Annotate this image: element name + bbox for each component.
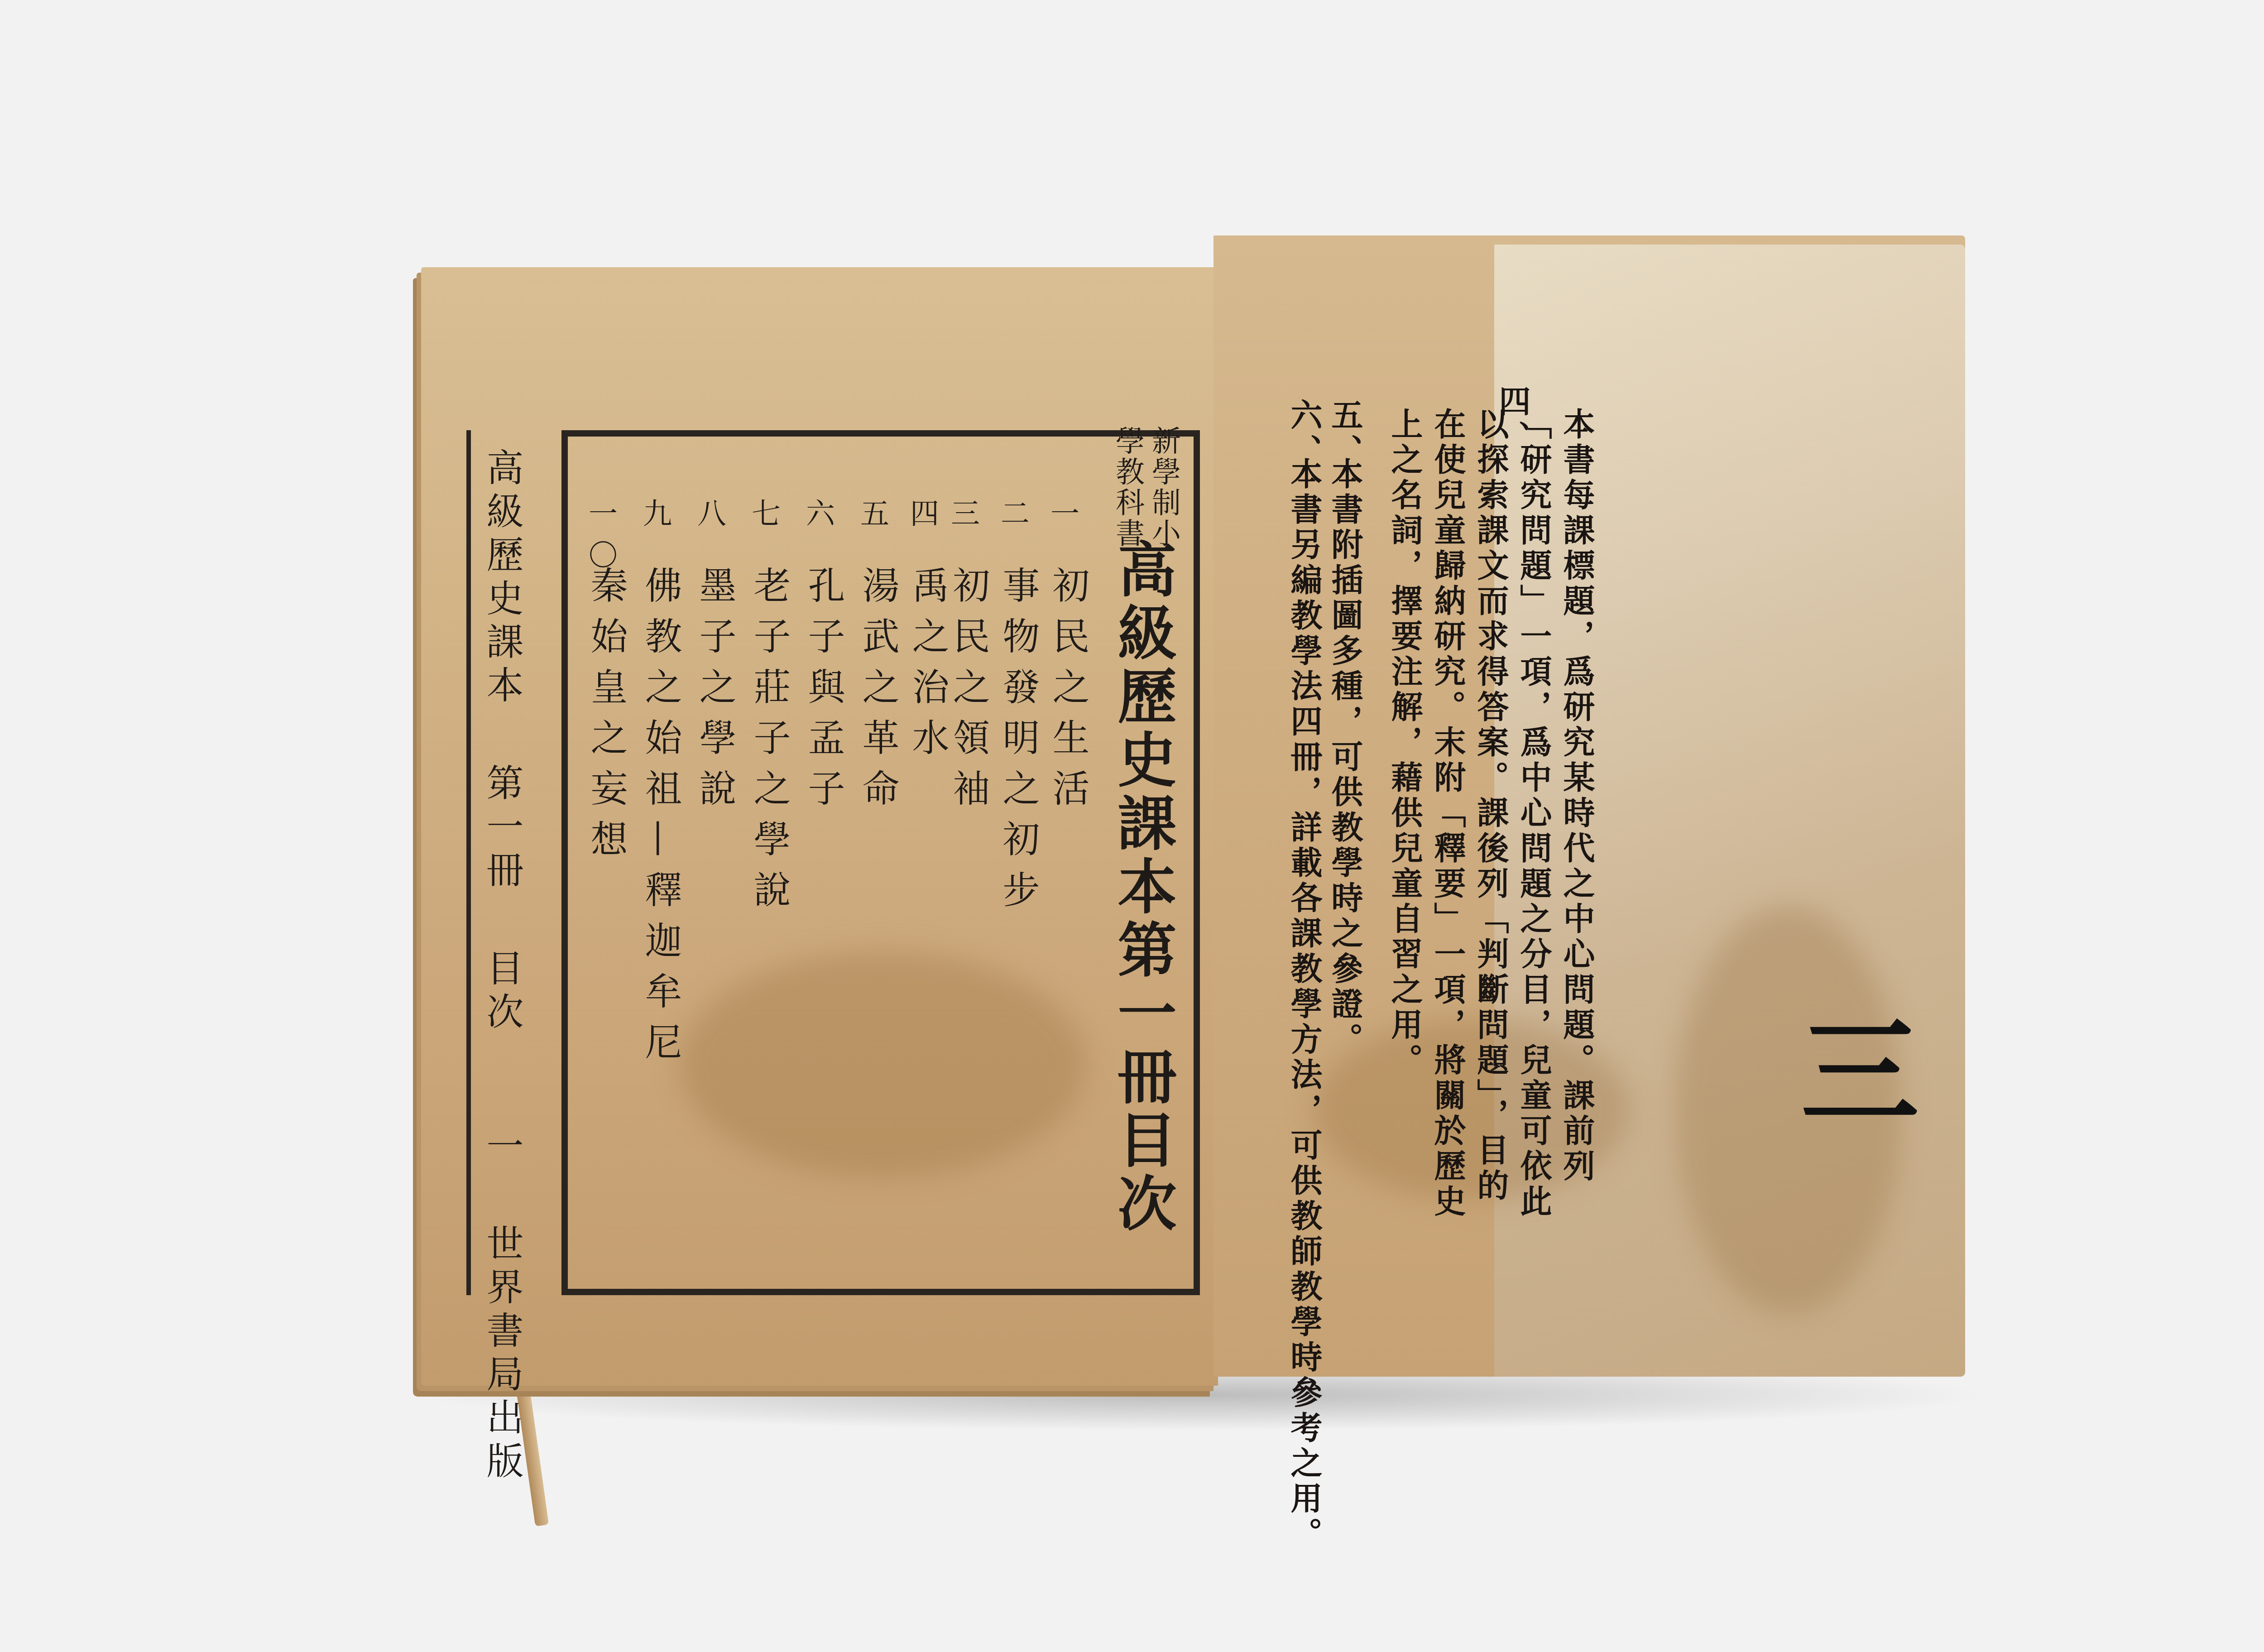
- margin-section: 目次: [480, 948, 523, 1035]
- page-title: 高級歷史課本第一冊目次: [1100, 539, 1185, 1236]
- entry-title: 佛教之始祖—釋迦牟尼: [634, 566, 687, 1073]
- margin-book-title: 高級歷史課本: [480, 448, 523, 709]
- entry-number: 八: [688, 498, 730, 540]
- publisher: 世界書局出版: [480, 1224, 523, 1485]
- list-item: 一: [1041, 498, 1083, 540]
- entry-title: 秦始皇之妄想: [580, 566, 633, 870]
- series-label: 新學制小 學教科書: [1105, 426, 1182, 549]
- entry-title: 初民之生活: [1041, 566, 1094, 820]
- handwritten-mark: 三: [1766, 1010, 1935, 1140]
- note-text: 本書另編教學法四冊，詳載各課教學方法，可供教師教學時參考之用。: [1281, 457, 1327, 1552]
- entry-number: 九: [634, 498, 676, 540]
- entry-title: 事物發明之初步: [992, 566, 1045, 921]
- entry-number: 二: [992, 498, 1033, 540]
- page-number: 一: [480, 1126, 523, 1170]
- margin-rule: [466, 430, 471, 1295]
- entry-number: 五: [851, 498, 893, 540]
- entry-title: 老子莊子之學說: [743, 566, 796, 921]
- note-text: 本書每課標題，爲研究某時代之中心問題。課前列「研究問題」一項，爲中心問題之分目，…: [1449, 408, 1598, 1223]
- entry-number: 六: [797, 498, 839, 540]
- entry-number: 四: [901, 498, 943, 540]
- entry-title: 禹之治水: [901, 566, 954, 769]
- entry-title: 孔子與孟子: [797, 566, 850, 820]
- margin-volume: 第一冊: [480, 764, 523, 894]
- entry-title: 墨子之學說: [688, 566, 741, 820]
- margin-column: 高級歷史課本 第一冊 目次 一 世界書局出版: [475, 448, 528, 1485]
- entry-title: 湯武之革命: [851, 566, 904, 820]
- note-text: 本書附插圖多種，可供教學時之參證。: [1322, 457, 1368, 1058]
- entry-number: 七: [743, 498, 784, 540]
- entry-number: 三: [942, 498, 983, 540]
